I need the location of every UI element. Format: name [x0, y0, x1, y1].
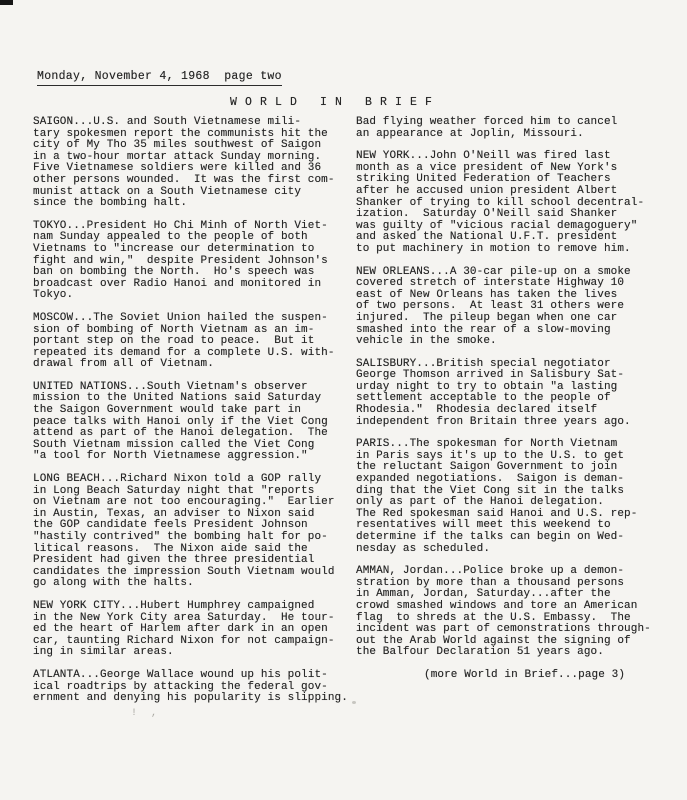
- news-item-continuation: Bad flying weather forced him to cancel …: [356, 117, 678, 140]
- news-item-salisbury: SALISBURY...British special negotiator G…: [356, 359, 678, 429]
- news-item-new-york-city: NEW YORK CITY...Hubert Humphrey campaign…: [33, 601, 355, 659]
- news-item-atlanta: ATLANTA...George Wallace wound up his po…: [33, 670, 355, 705]
- news-item-saigon: SAIGON...U.S. and South Vietnamese mili-…: [33, 117, 355, 210]
- news-item-paris: PARIS...The spokesman for North Vietnam …: [356, 439, 678, 555]
- left-column: SAIGON...U.S. and South Vietnamese mili-…: [33, 117, 355, 716]
- ink-smudge: ! ,: [131, 708, 161, 719]
- right-column: Bad flying weather forced him to cancel …: [356, 117, 678, 693]
- ink-smudge: [352, 701, 356, 704]
- news-item-moscow: MOSCOW...The Soviet Union hailed the sus…: [33, 313, 355, 371]
- page-title: W O R L D I N B R I E F: [230, 96, 433, 109]
- news-item-amman: AMMAN, Jordan...Police broke up a demon-…: [356, 566, 678, 659]
- news-item-long-beach: LONG BEACH...Richard Nixon told a GOP ra…: [33, 474, 355, 590]
- news-item-united-nations: UNITED NATIONS...South Vietnam's observe…: [33, 382, 355, 463]
- news-item-tokyo: TOKYO...President Ho Chi Minh of North V…: [33, 221, 355, 302]
- news-item-new-orleans: NEW ORLEANS...A 30-car pile-up on a smok…: [356, 267, 678, 348]
- continuation-notice: (more World in Brief...page 3): [356, 670, 678, 682]
- page-dateline: Monday, November 4, 1968 page two: [37, 70, 282, 86]
- scan-corner-mark: [0, 0, 13, 5]
- scanned-newsletter-page: Monday, November 4, 1968 page two W O R …: [0, 0, 687, 800]
- news-item-new-york: NEW YORK...John O'Neill was fired last m…: [356, 151, 678, 255]
